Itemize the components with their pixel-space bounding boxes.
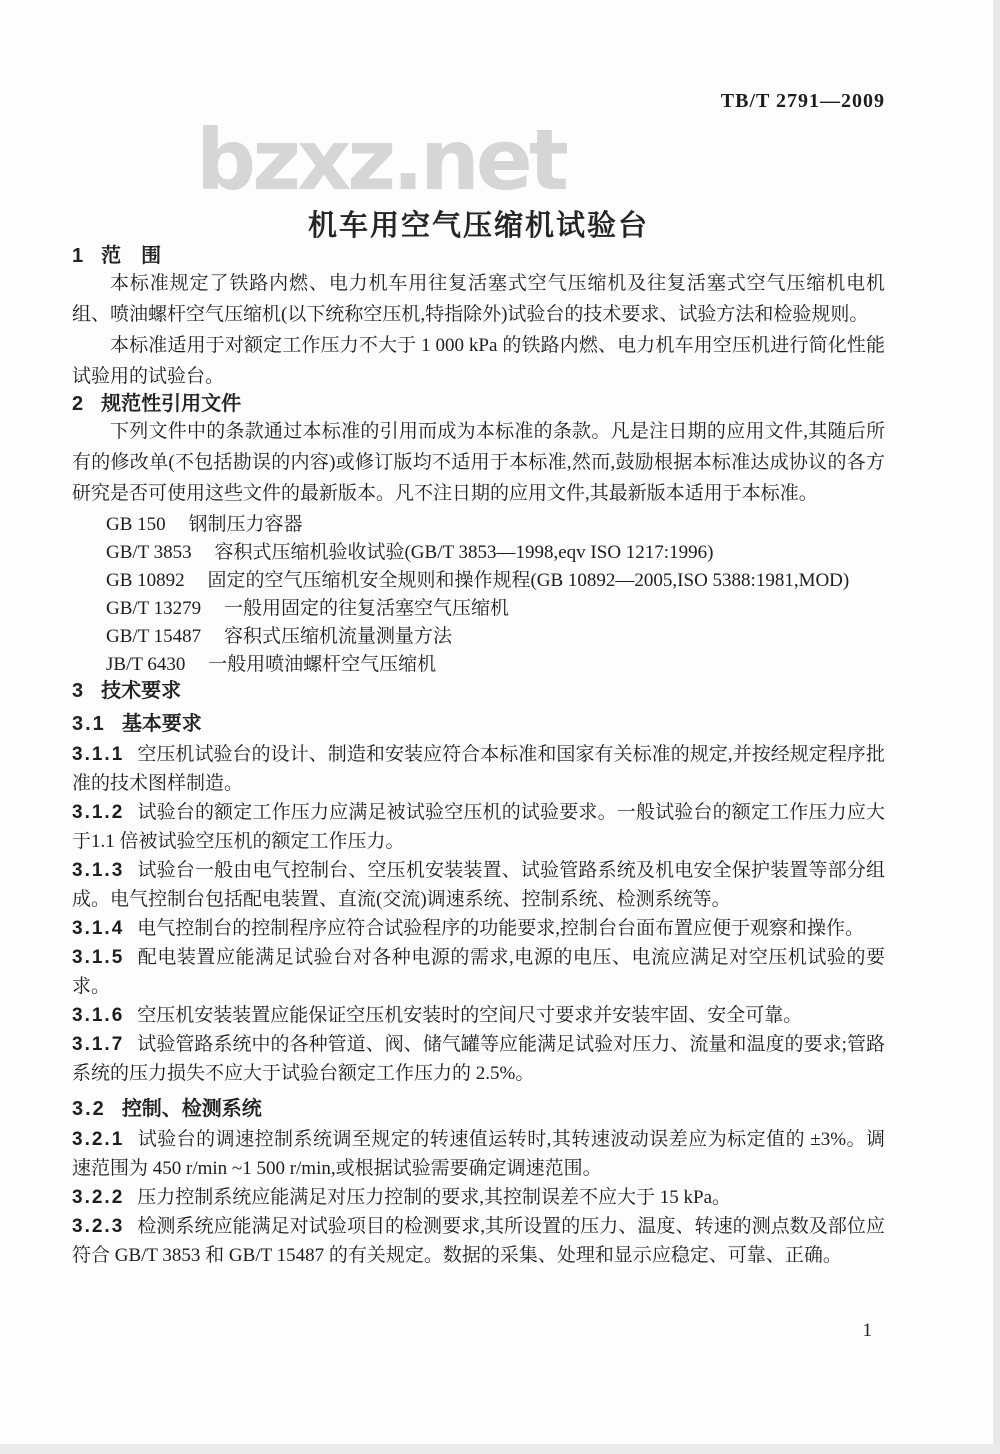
subsection-3-1-number: 3.1 [72, 713, 106, 735]
document-title: 机车用空气压缩机试验台 [72, 208, 885, 244]
clause-number: 3.1.1 [72, 744, 124, 765]
clause: 3.1.1空压机试验台的设计、制造和安装应符合本标准和国家有关标准的规定,并按经… [72, 740, 885, 798]
reference-item: GB 150钢制压力容器 [72, 511, 885, 539]
clause: 3.1.6空压机安装装置应能保证空压机安装时的空间尺寸要求并安装牢固、安全可靠。 [72, 1001, 885, 1030]
reference-name: 容积式压缩机流量测量方法 [224, 626, 452, 647]
reference-code: GB/T 3853 [106, 542, 192, 563]
section-3-number: 3 [72, 680, 84, 702]
clause-text: 试验台的额定工作压力应满足被试验空压机的试验要求。一般试验台的额定工作压力应大于… [72, 802, 885, 852]
section-1-paragraph: 本标准规定了铁路内燃、电力机车用往复活塞式空气压缩机及往复活塞式空气压缩机电机组… [72, 268, 885, 330]
clause-number: 3.1.6 [72, 1005, 124, 1026]
scan-edge-right [993, 0, 1000, 1454]
reference-item: GB/T 13279一般用固定的往复活塞空气压缩机 [72, 595, 885, 623]
clause-text: 检测系统应能满足对试验项目的检测要求,其所设置的压力、温度、转速的测点数及部位应… [72, 1216, 885, 1266]
section-1-number: 1 [72, 245, 84, 267]
clause: 3.1.5配电装置应能满足试验台对各种电源的需求,电源的电压、电流应满足对空压机… [72, 943, 885, 1001]
clause-text: 空压机安装装置应能保证空压机安装时的空间尺寸要求并安装牢固、安全可靠。 [137, 1005, 802, 1026]
reference-item: JB/T 6430一般用喷油螺杆空气压缩机 [72, 651, 885, 679]
clause-text: 电气控制台的控制程序应符合试验程序的功能要求,控制台台面布置应便于观察和操作。 [137, 918, 864, 939]
clause-text: 试验台一般由电气控制台、空压机安装装置、试验管路系统及机电安全保护装置等部分组成… [72, 860, 885, 910]
reference-code: GB 10892 [106, 570, 185, 591]
clause: 3.2.3检测系统应能满足对试验项目的检测要求,其所设置的压力、温度、转速的测点… [72, 1212, 885, 1270]
clause: 3.2.2压力控制系统应能满足对压力控制的要求,其控制误差不应大于 15 kPa… [72, 1183, 885, 1212]
reference-name: 一般用喷油螺杆空气压缩机 [208, 654, 436, 675]
section-2-title: 规范性引用文件 [101, 393, 241, 415]
watermark-text: bzxz.net [196, 118, 565, 202]
clause-text: 空压机试验台的设计、制造和安装应符合本标准和国家有关标准的规定,并按经规定程序批… [72, 744, 885, 794]
reference-code: GB 150 [106, 514, 166, 535]
subsection-3-2-heading: 3.2控制、检测系统 [72, 1096, 885, 1122]
clause-number: 3.2.1 [72, 1129, 124, 1150]
clause-number: 3.1.2 [72, 802, 124, 823]
document-page: TB/T 2791—2009 bzxz.net 机车用空气压缩机试验台 1范 围… [0, 0, 1000, 1454]
reference-item: GB/T 3853容积式压缩机验收试验(GB/T 3853—1998,eqv I… [72, 539, 885, 567]
reference-name: 容积式压缩机验收试验(GB/T 3853—1998,eqv ISO 1217:1… [214, 542, 713, 563]
clause: 3.1.4电气控制台的控制程序应符合试验程序的功能要求,控制台台面布置应便于观察… [72, 914, 885, 943]
clause-text: 配电装置应能满足试验台对各种电源的需求,电源的电压、电流应满足对空压机试验的要求… [72, 947, 885, 997]
clause-number: 3.1.3 [72, 860, 124, 881]
subsection-3-2-number: 3.2 [72, 1098, 106, 1120]
standard-number: TB/T 2791—2009 [72, 90, 885, 112]
reference-code: JB/T 6430 [106, 654, 185, 675]
clause-number: 3.1.5 [72, 947, 124, 968]
clause: 3.2.1试验台的调速控制系统调至规定的转速值运转时,其转速波动误差应为标定值的… [72, 1125, 885, 1183]
subsection-3-2-title: 控制、检测系统 [122, 1098, 262, 1120]
section-3-title: 技术要求 [101, 680, 181, 702]
reference-name: 固定的空气压缩机安全规则和操作规程(GB 10892—2005,ISO 5388… [207, 570, 849, 591]
clause-number: 3.2.3 [72, 1216, 124, 1237]
clause: 3.1.2试验台的额定工作压力应满足被试验空压机的试验要求。一般试验台的额定工作… [72, 798, 885, 856]
section-1-paragraph: 本标准适用于对额定工作压力不大于 1 000 kPa 的铁路内燃、电力机车用空压… [72, 330, 885, 392]
clause-text: 试验台的调速控制系统调至规定的转速值运转时,其转速波动误差应为标定值的 ±3%。… [72, 1129, 885, 1179]
reference-name: 钢制压力容器 [188, 514, 302, 535]
page-number: 1 [863, 1320, 873, 1342]
subsection-3-1-heading: 3.1基本要求 [72, 711, 885, 737]
section-2-heading: 2规范性引用文件 [72, 392, 885, 416]
reference-code: GB/T 13279 [106, 598, 201, 619]
section-2-number: 2 [72, 393, 84, 415]
subsection-3-1-title: 基本要求 [122, 713, 202, 735]
clause-text: 试验管路系统中的各种管道、阀、储气罐等应能满足试验对压力、流量和温度的要求;管路… [72, 1034, 885, 1084]
section-1-title: 范 围 [101, 245, 161, 267]
clause-number: 3.2.2 [72, 1187, 124, 1208]
clause-number: 3.1.7 [72, 1034, 124, 1055]
normative-references-list: GB 150钢制压力容器 GB/T 3853容积式压缩机验收试验(GB/T 38… [72, 511, 885, 679]
reference-code: GB/T 15487 [106, 626, 201, 647]
clause-text: 压力控制系统应能满足对压力控制的要求,其控制误差不应大于 15 kPa。 [137, 1187, 731, 1208]
clause: 3.1.3试验台一般由电气控制台、空压机安装装置、试验管路系统及机电安全保护装置… [72, 856, 885, 914]
clause: 3.1.7试验管路系统中的各种管道、阀、储气罐等应能满足试验对压力、流量和温度的… [72, 1030, 885, 1088]
scan-edge-bottom [0, 1444, 1000, 1454]
clause-number: 3.1.4 [72, 918, 124, 939]
section-2-intro: 下列文件中的条款通过本标准的引用而成为本标准的条款。凡是注日期的应用文件,其随后… [72, 416, 885, 509]
reference-item: GB/T 15487容积式压缩机流量测量方法 [72, 623, 885, 651]
section-1-heading: 1范 围 [72, 244, 885, 268]
section-3-heading: 3技术要求 [72, 679, 885, 703]
reference-item: GB 10892固定的空气压缩机安全规则和操作规程(GB 10892—2005,… [72, 567, 885, 595]
reference-name: 一般用固定的往复活塞空气压缩机 [224, 598, 509, 619]
